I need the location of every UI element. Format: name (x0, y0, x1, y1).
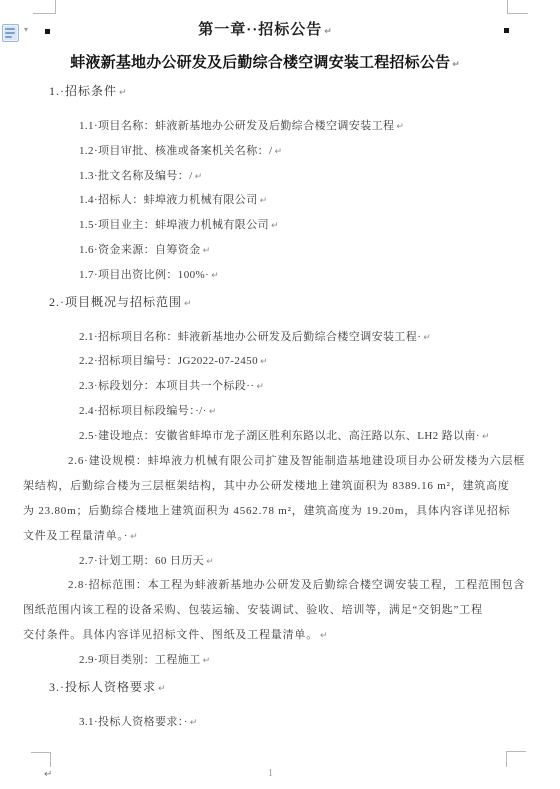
paragraph-mark-icon: ↵ (423, 333, 431, 343)
paragraph-mark-icon: ↵ (190, 718, 198, 728)
paragraph-mark-icon: ↵ (195, 172, 203, 182)
paragraph-mark-icon: ↵ (260, 357, 268, 367)
line-text: 文件及工程量清单。· (23, 530, 128, 542)
paragraph-mark-icon: ↵ (158, 684, 166, 694)
paragraph-line: 文件及工程量清单。·↵ (23, 527, 507, 552)
line-text: 2.7·计划工期：60 日历天 (79, 555, 204, 567)
body-line: 1.2·项目审批、核准或备案机关名称：/↵ (23, 142, 507, 167)
line-text: 1.2·项目审批、核准或备案机关名称：/ (79, 145, 272, 157)
sections-container: 1.·招标条件↵1.1·项目名称：蚌液新基地办公研发及后勤综合楼空调安装工程↵1… (23, 82, 507, 738)
section-heading: 1.·招标条件↵ (23, 82, 507, 102)
paragraph-line: 架结构，后勤综合楼为三层框架结构，其中办公研发楼地上建筑面积为 8389.16 … (23, 477, 507, 502)
line-text: 1.5·项目业主：蚌埠液力机械有限公司 (79, 219, 269, 231)
paragraph-line: 图纸范围内该工程的设备采购、包装运输、安装调试、验收、培训等，满足“交钥匙”工程 (23, 601, 507, 626)
paragraph-mark-icon: ↵ (260, 196, 268, 206)
paragraph-mark-icon: ↵ (206, 557, 214, 567)
document-title-text: 蚌液新基地办公研发及后勤综合楼空调安装工程招标公告 (70, 55, 450, 71)
paragraph-mark-icon: ↵ (203, 656, 211, 666)
paragraph-mark-icon: ↵ (396, 122, 404, 132)
line-text: 2.6·建设规模：蚌埠液力机械有限公司扩建及智能制造基地建设项目办公研发楼为六层… (68, 455, 525, 467)
line-text: 2.8·招标范围：本工程为蚌液新基地办公研发及后勤综合楼空调安装工程，工程范围包… (68, 579, 525, 591)
body-line: 3.1·投标人资格要求：·↵ (23, 713, 507, 738)
body-line: 2.5·建设地点：安徽省蚌埠市龙子湖区胜利东路以北、高汪路以东、LH2 路以南·… (23, 427, 507, 452)
line-text: 1.3·批文名称及编号：/ (79, 170, 193, 182)
paragraph-mark-icon: ↵ (274, 147, 282, 157)
clipboard-icon (2, 24, 19, 42)
line-text: 图纸范围内该工程的设备采购、包装运输、安装调试、验收、培训等，满足“交钥匙”工程 (23, 604, 483, 616)
body-line: 1.1·项目名称：蚌液新基地办公研发及后勤综合楼空调安装工程↵ (23, 117, 507, 142)
paragraph-mark-icon: ↵ (211, 271, 219, 281)
text-boundary-mark-bottom-right (506, 751, 526, 767)
body-line: 2.9·项目类别：工程施工↵ (23, 651, 507, 676)
body-line: 1.5·项目业主：蚌埠液力机械有限公司↵ (23, 216, 507, 241)
paragraph-line: 交付条件。具体内容详见招标文件、图纸及工程量清单。↵ (23, 626, 507, 651)
section-heading: 3.·投标人资格要求↵ (23, 678, 507, 698)
document-page: ▾ 第一章··招标公告↵ 蚌液新基地办公研发及后勤综合楼空调安装工程招标公告↵ … (0, 0, 560, 789)
paragraph-mark-icon: ↵ (119, 88, 127, 98)
line-text: 2.4·招标项目标段编号：·/· (79, 405, 207, 417)
paragraph-mark-icon: ↵ (482, 432, 490, 442)
paragraph-mark-icon: ↵ (130, 532, 138, 542)
line-text: 2.9·项目类别：工程施工 (79, 654, 201, 666)
paragraph-mark-icon: ↵ (452, 60, 460, 70)
line-text: 1.·招标条件 (49, 84, 117, 98)
chapter-title: 第一章··招标公告↵ (23, 18, 507, 42)
paragraph-mark-icon: ↵ (271, 221, 279, 231)
body-line: 2.2·招标项目编号：JG2022-07-2450↵ (23, 352, 507, 377)
paragraph-mark-icon: ↵ (320, 631, 328, 641)
body-line: 1.4·招标人：蚌埠液力机械有限公司↵ (23, 191, 507, 216)
text-boundary-mark-top-left (33, 0, 56, 14)
paragraph-line: 2.8·招标范围：本工程为蚌液新基地办公研发及后勤综合楼空调安装工程，工程范围包… (23, 576, 507, 601)
line-text: 1.1·项目名称：蚌液新基地办公研发及后勤综合楼空调安装工程 (79, 120, 394, 132)
paragraph-mark-icon: ↵ (184, 299, 192, 309)
text-boundary-mark-top-right (507, 0, 528, 14)
body-line: 2.3·标段划分：本项目共一个标段··↵ (23, 377, 507, 402)
body-line: 1.7·项目出资比例：100%·↵ (23, 266, 507, 291)
page-number: 1 (268, 768, 273, 779)
paragraph-mark-icon: ↵ (209, 407, 217, 417)
paragraph-mark-icon: ↵ (203, 246, 211, 256)
body-line: 1.3·批文名称及编号：/↵ (23, 167, 507, 192)
line-text: 1.7·项目出资比例：100%· (79, 269, 209, 281)
body-line: 2.1·招标项目名称：蚌液新基地办公研发及后勤综合楼空调安装工程·↵ (23, 328, 507, 353)
line-text: 为 23.80m；后勤综合楼地上建筑面积为 4562.78 m²，建筑高度为 1… (23, 505, 510, 517)
document-content: 第一章··招标公告↵ 蚌液新基地办公研发及后勤综合楼空调安装工程招标公告↵ 1.… (23, 18, 507, 738)
paragraph-mark-icon: ↵ (256, 382, 264, 392)
line-text: 3.1·投标人资格要求：· (79, 716, 188, 728)
line-text: 2.·项目概况与招标范围 (49, 295, 182, 309)
paragraph-mark-icon: ↵ (324, 27, 332, 37)
section-heading: 2.·项目概况与招标范围↵ (23, 293, 507, 313)
body-line: 1.6·资金来源：自筹资金↵ (23, 241, 507, 266)
paragraph-line: 2.6·建设规模：蚌埠液力机械有限公司扩建及智能制造基地建设项目办公研发楼为六层… (23, 452, 507, 477)
line-text: 1.4·招标人：蚌埠液力机械有限公司 (79, 194, 258, 206)
line-text: 3.·投标人资格要求 (49, 680, 156, 694)
line-text: 2.3·标段划分：本项目共一个标段·· (79, 380, 254, 392)
paragraph-line: 为 23.80m；后勤综合楼地上建筑面积为 4562.78 m²，建筑高度为 1… (23, 502, 507, 527)
body-line: 2.7·计划工期：60 日历天↵ (23, 552, 507, 577)
body-line: 2.4·招标项目标段编号：·/·↵ (23, 402, 507, 427)
line-text: 1.6·资金来源：自筹资金 (79, 244, 201, 256)
line-text: 2.5·建设地点：安徽省蚌埠市龙子湖区胜利东路以北、高汪路以东、LH2 路以南· (79, 430, 480, 442)
document-title: 蚌液新基地办公研发及后勤综合楼空调安装工程招标公告↵ (23, 51, 507, 71)
footer-paragraph-mark-icon: ↵ (44, 769, 52, 780)
line-text: 交付条件。具体内容详见招标文件、图纸及工程量清单。 (23, 629, 318, 641)
text-boundary-mark-bottom-left (31, 752, 51, 767)
line-text: 架结构，后勤综合楼为三层框架结构，其中办公研发楼地上建筑面积为 8389.16 … (23, 480, 510, 492)
line-text: 2.2·招标项目编号：JG2022-07-2450 (79, 355, 258, 367)
chapter-title-text: 第一章··招标公告 (198, 22, 322, 38)
line-text: 2.1·招标项目名称：蚌液新基地办公研发及后勤综合楼空调安装工程· (79, 331, 421, 343)
